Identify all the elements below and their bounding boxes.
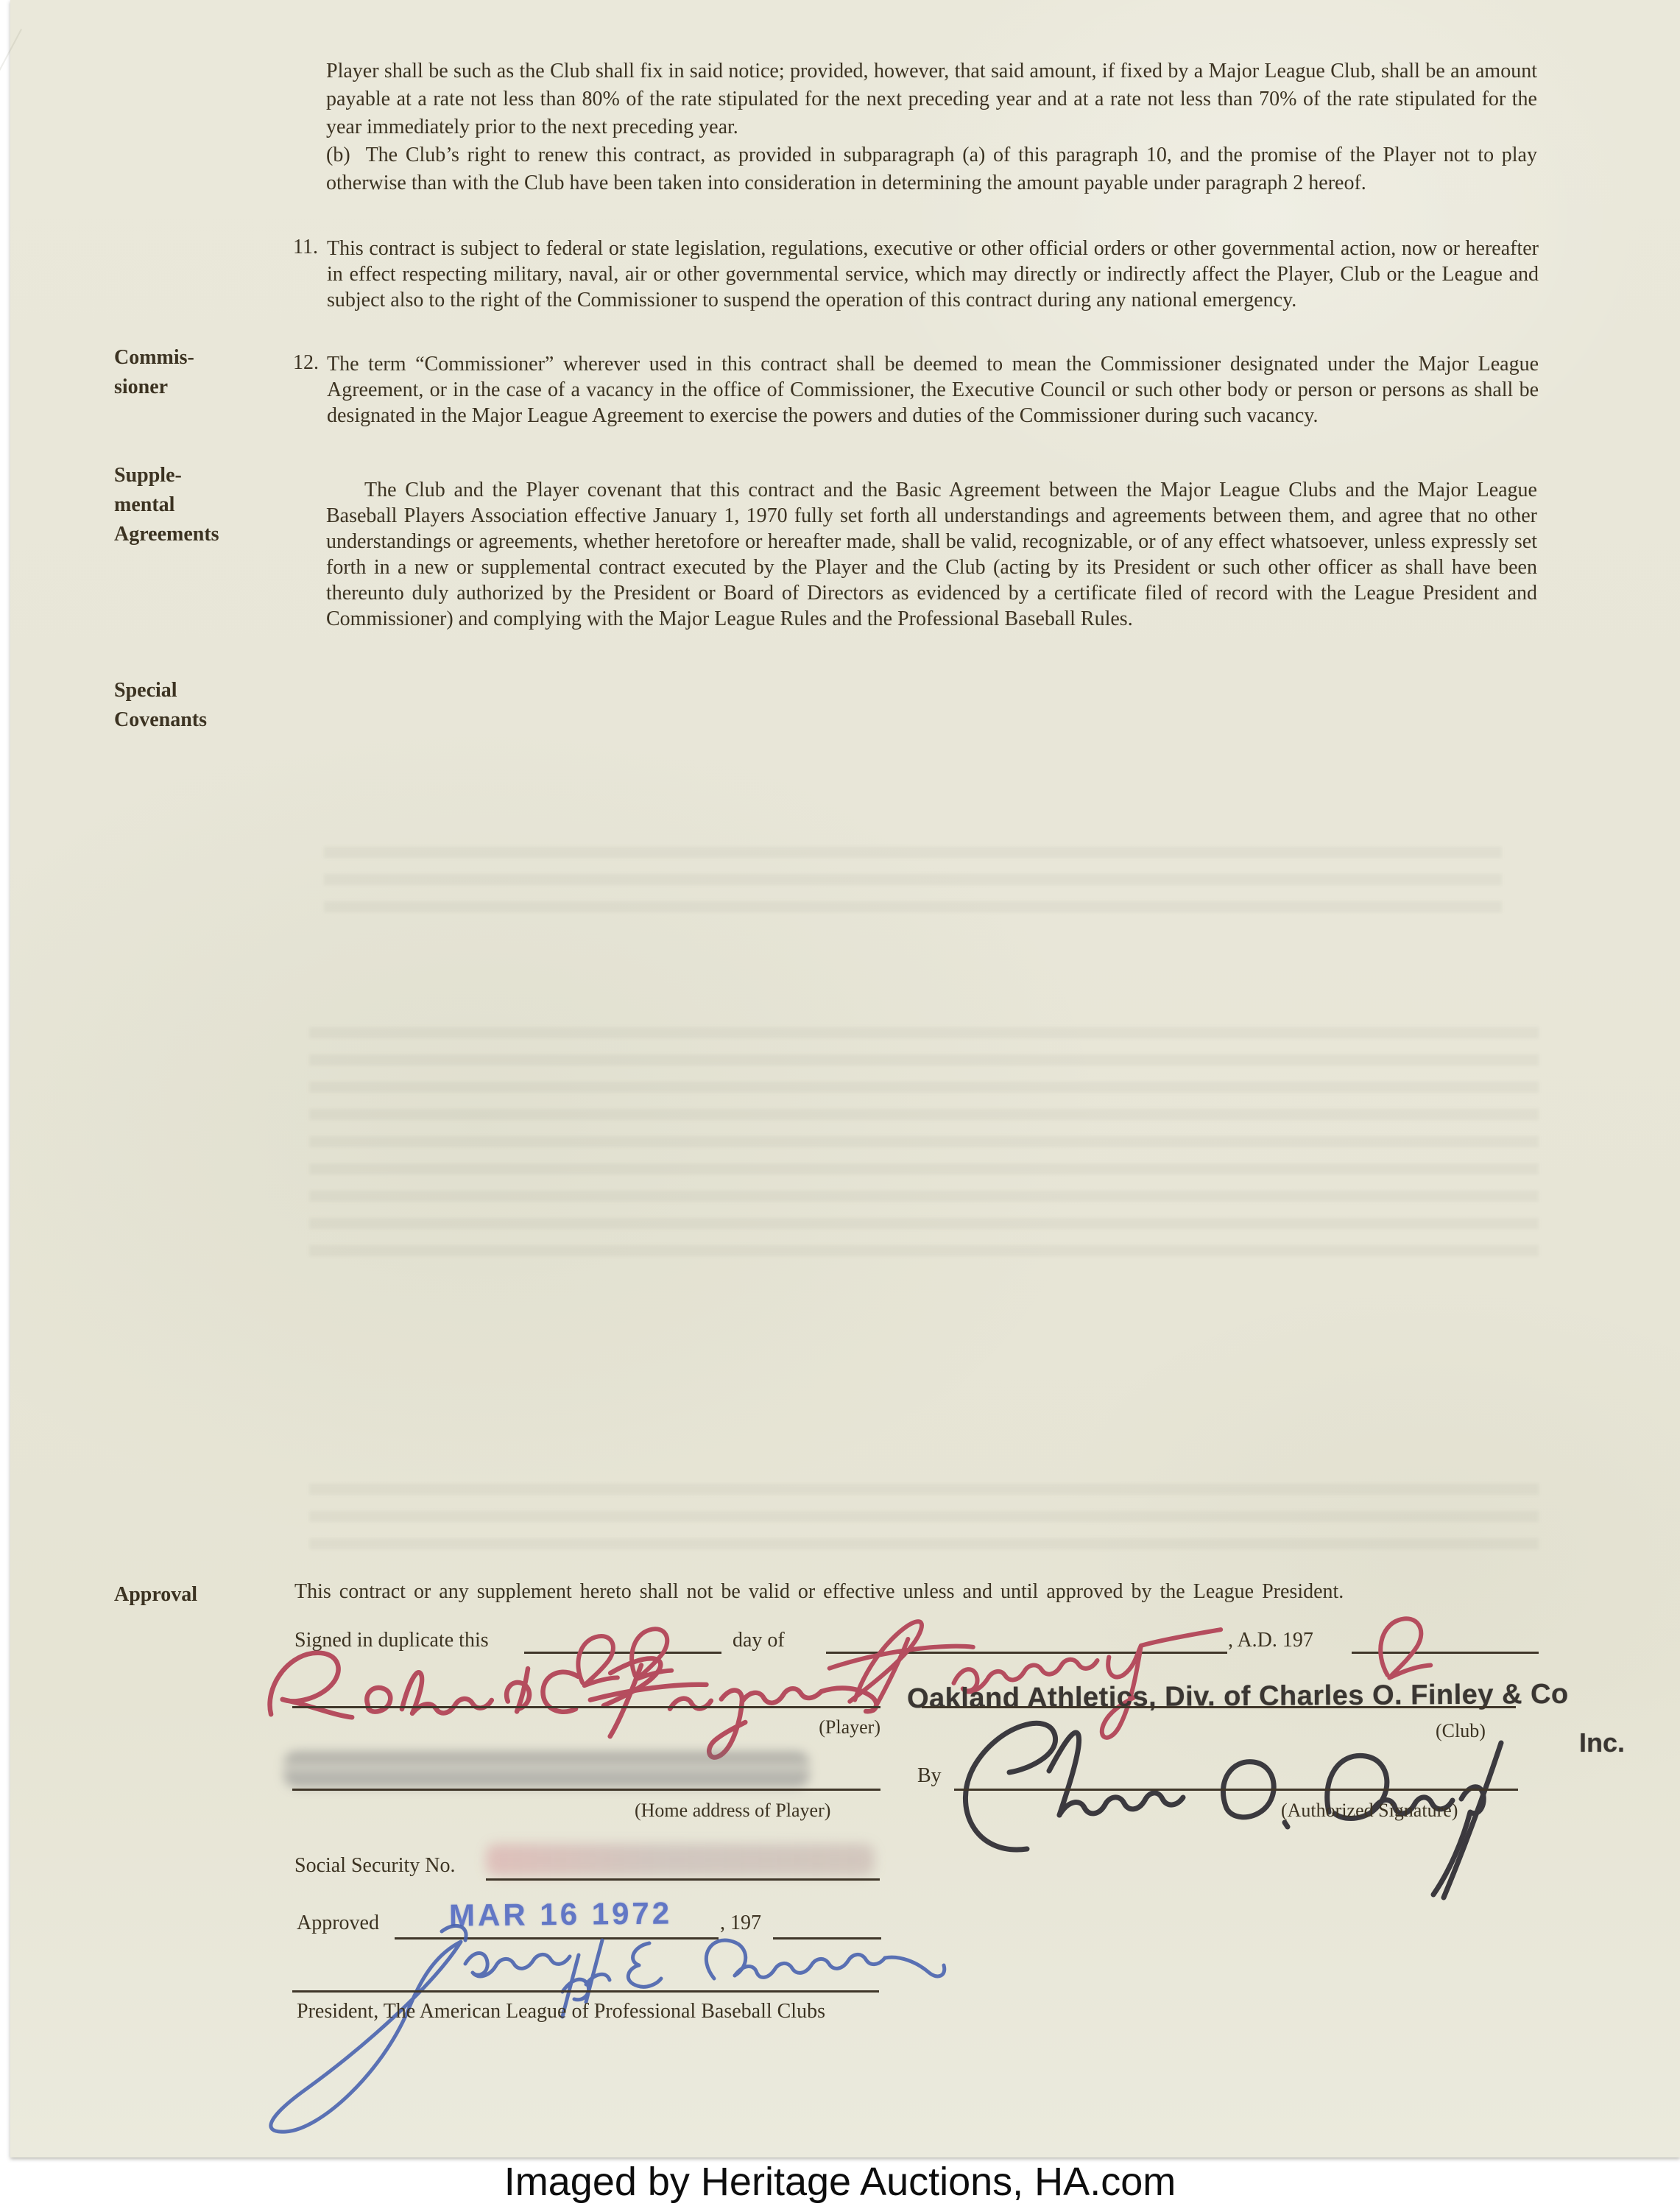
margin-label-commissioner-line1: Commis- [114, 343, 194, 373]
margin-label-special-line1: Special [114, 676, 177, 705]
ghost-bleedthrough [324, 847, 1502, 928]
player-label: (Player) [736, 1716, 880, 1738]
authorized-signature-line [954, 1789, 1518, 1791]
margin-label-special-line2: Covenants [114, 705, 207, 735]
home-address-redacted [283, 1751, 810, 1788]
paragraph-10-block: Player shall be such as the Club shall f… [326, 57, 1537, 197]
by-label: By [917, 1764, 942, 1788]
club-stamp-inc: Inc. [1579, 1727, 1625, 1758]
heritage-auctions-watermark: Imaged by Heritage Auctions, HA.com [504, 2159, 1176, 2205]
supplemental-agreements-text: The Club and the Player covenant that th… [326, 477, 1537, 632]
ghost-bleedthrough [309, 1027, 1539, 1270]
home-address-line [292, 1789, 880, 1791]
paragraph-10a-continuation: Player shall be such as the Club shall f… [326, 57, 1537, 141]
margin-label-supplemental-line2: mental [114, 490, 174, 520]
home-address-label: (Home address of Player) [635, 1800, 830, 1822]
paragraph-11-number: 11. [293, 236, 318, 259]
contract-scan-page: { "document": { "paragraphs": { "p10_con… [0, 0, 1680, 2209]
paragraph-11-text: This contract is subject to federal or s… [327, 236, 1539, 313]
paragraph-12-number: 12. [293, 351, 319, 375]
ssn-line [486, 1878, 880, 1881]
margin-label-approval: Approval [114, 1580, 197, 1610]
margin-label-supplemental-line1: Supple- [114, 461, 182, 490]
margin-label-commissioner-line2: sioner [114, 373, 168, 402]
authorized-signature-label: (Authorized Signature) [1281, 1800, 1458, 1822]
paragraph-12: 12. The term “Commissioner” wherever use… [293, 351, 1539, 429]
player-signature-line [292, 1706, 880, 1708]
ghost-bleedthrough [309, 1484, 1539, 1565]
paragraph-10b: (b) The Club’s right to renew this contr… [326, 141, 1537, 197]
paragraph-11: 11. This contract is subject to federal … [293, 236, 1539, 313]
paragraph-12-text: The term “Commissioner” wherever used in… [327, 351, 1539, 429]
president-signature-line [292, 1990, 879, 1993]
ssn-label: Social Security No. [294, 1854, 456, 1878]
ssn-redacted [486, 1844, 875, 1876]
margin-label-supplemental-line3: Agreements [114, 520, 219, 549]
president-label: President, The American League of Profes… [297, 2000, 825, 2023]
